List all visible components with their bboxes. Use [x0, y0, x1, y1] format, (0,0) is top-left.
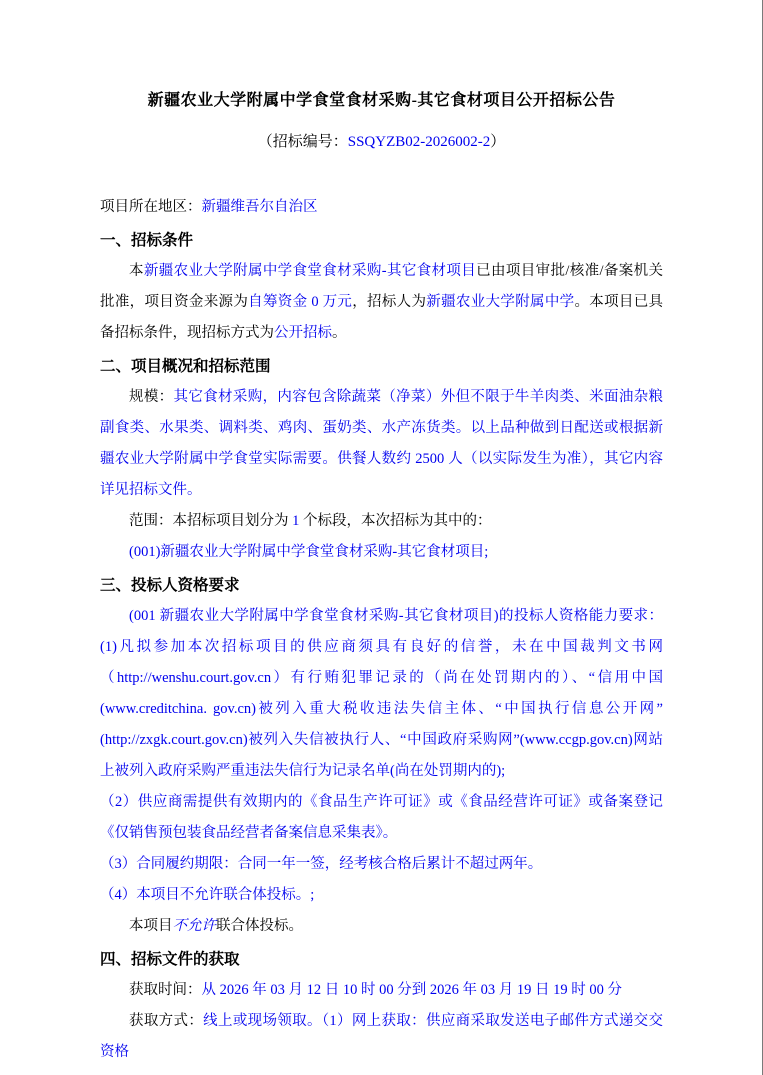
paragraph: (001 新疆农业大学附属中学食堂食材采购-其它食材项目)的投标人资格能力要求：… [100, 601, 663, 787]
text-segment: 规模： [129, 389, 174, 405]
highlight-text: 其它食材采购，内容包含除蔬菜（净菜）外但不限于牛羊肉类、米面油杂粮副食类、水果类… [100, 389, 663, 498]
highlight-text: 从 2026 年 03 月 12 日 10 时 00 分到 2026 年 03 … [202, 982, 623, 998]
text-segment: 范围：本招标项目划分为 [129, 513, 292, 529]
paragraph: 获取方式：线上或现场领取。（1）网上获取：供应商采取发送电子邮件方式递交交资格 [100, 1006, 663, 1068]
highlight-text: (001)新疆农业大学附属中学食堂食材采购-其它食材项目; [129, 544, 488, 560]
paragraph: (001)新疆农业大学附属中学食堂食材采购-其它食材项目; [100, 537, 663, 568]
highlight-text: 不允许 [173, 918, 217, 934]
section-heading: 四、招标文件的获取 [100, 944, 663, 975]
text-segment: （招标编号： [258, 134, 348, 150]
highlight-text: 新疆农业大学附属中学 [426, 294, 574, 310]
text-segment: 本项目 [129, 918, 173, 934]
section-heading: 二、项目概况和招标范围 [100, 351, 663, 382]
paragraph: 获取时间：从 2026 年 03 月 12 日 10 时 00 分到 2026 … [100, 975, 663, 1006]
section-heading: 三、投标人资格要求 [100, 570, 663, 601]
highlight-text: 新疆农业大学附属中学食堂食材采购-其它食材项目 [144, 263, 476, 279]
highlight-text: 自筹资金 0 万元 [248, 294, 352, 310]
text-segment: 获取方式： [129, 1013, 203, 1029]
paragraph: 本项目不允许联合体投标。 [100, 911, 663, 942]
text-segment: 项目所在地区： [100, 199, 202, 215]
highlight-text: 新疆维吾尔自治区 [202, 199, 318, 215]
text-segment: ，招标人为 [352, 294, 426, 310]
document-title: 新疆农业大学附属中学食堂食材采购-其它食材项目公开招标公告 [100, 90, 663, 112]
highlight-text: SSQYZB02-2026002-2 [348, 134, 491, 150]
document-subtitle: （招标编号：SSQYZB02-2026002-2） [100, 132, 663, 152]
paragraph: （3）合同履约期限：合同一年一签，经考核合格后累计不超过两年。 [100, 849, 663, 880]
text-segment: 。 [332, 325, 347, 341]
highlight-text: （3）合同履约期限：合同一年一签，经考核合格后累计不超过两年。 [100, 856, 542, 872]
section-heading: 一、招标条件 [100, 225, 663, 256]
text-segment: 个标段，本次招标为其中的： [299, 513, 491, 529]
highlight-text: (001 新疆农业大学附属中学食堂食材采购-其它食材项目)的投标人资格能力要求：… [100, 608, 663, 779]
text-segment: ） [490, 134, 505, 150]
paragraph: 本新疆农业大学附属中学食堂食材采购-其它食材项目已由项目审批/核准/备案机关批准… [100, 256, 663, 349]
text-segment: 本 [129, 263, 144, 279]
highlight-text: （2）供应商需提供有效期内的《食品生产许可证》或《食品经营许可证》或备案登记《仅… [100, 794, 663, 841]
text-segment: 联合体投标。 [216, 918, 303, 934]
highlight-text: （4）本项目不允许联合体投标。; [100, 887, 314, 903]
text-segment: 获取时间： [129, 982, 202, 998]
highlight-text: 公开招标 [274, 325, 332, 341]
paragraph: 规模：其它食材采购，内容包含除蔬菜（净菜）外但不限于牛羊肉类、米面油杂粮副食类、… [100, 382, 663, 506]
paragraph: 范围：本招标项目划分为 1 个标段，本次招标为其中的： [100, 506, 663, 537]
paragraph: 项目所在地区：新疆维吾尔自治区 [100, 192, 663, 223]
document-body: 项目所在地区：新疆维吾尔自治区一、招标条件本新疆农业大学附属中学食堂食材采购-其… [100, 192, 663, 1068]
paragraph: （2）供应商需提供有效期内的《食品生产许可证》或《食品经营许可证》或备案登记《仅… [100, 787, 663, 849]
document-page: 新疆农业大学附属中学食堂食材采购-其它食材项目公开招标公告 （招标编号：SSQY… [0, 0, 763, 1068]
paragraph: （4）本项目不允许联合体投标。; [100, 880, 663, 911]
